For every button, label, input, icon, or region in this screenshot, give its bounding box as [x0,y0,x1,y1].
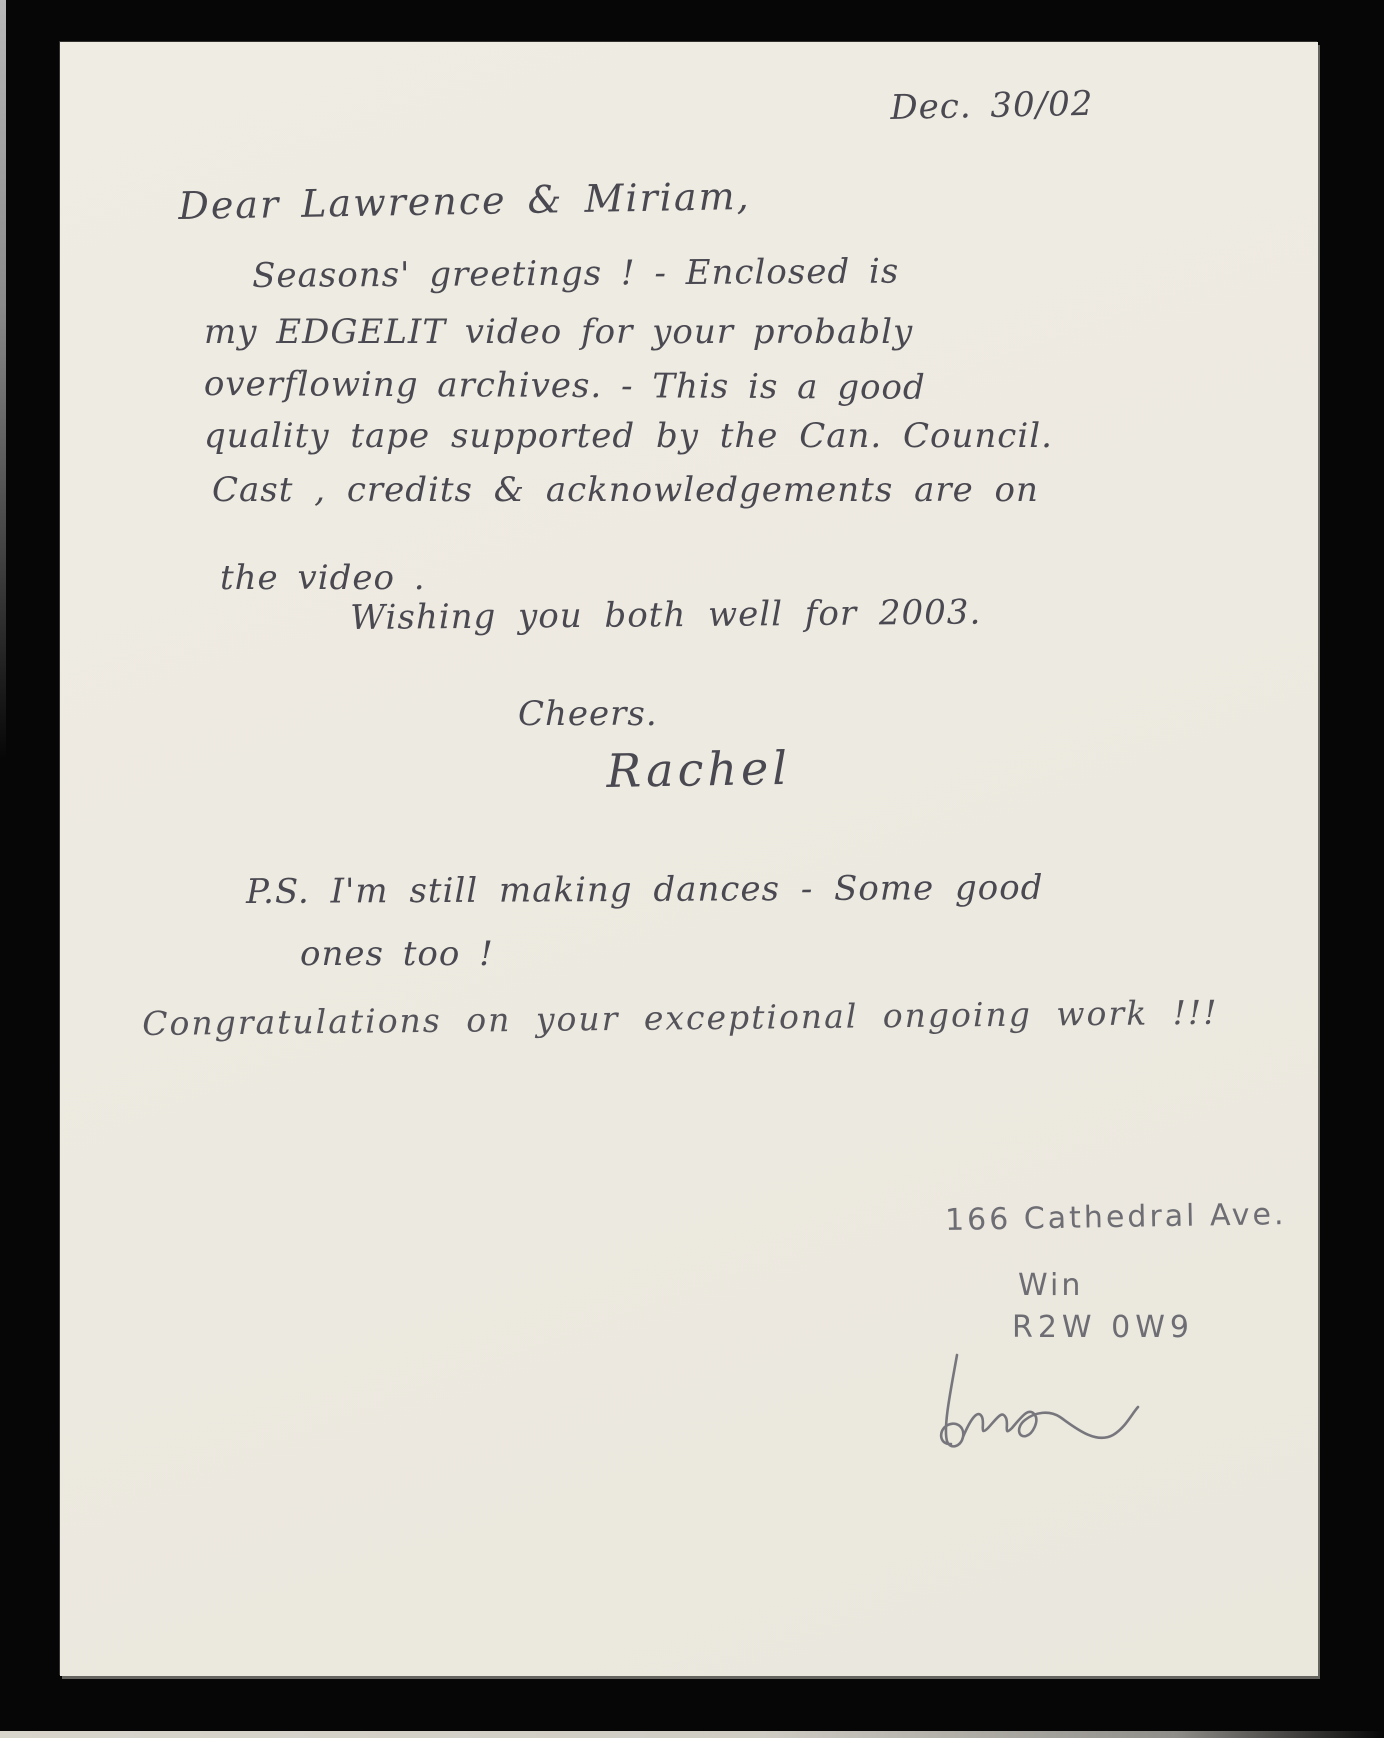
body-line-2: my EDGELIT video for your probably [204,312,913,352]
body-line-3: overflowing archives. - This is a good [204,364,926,408]
body-line-6: the video . [220,558,426,598]
wishing-line: Wishing you both well for 2003. [350,592,981,638]
letter-paper: Dec. 30/02 Dear Lawrence & Miriam, Seaso… [60,42,1318,1676]
signature-name: Rachel [606,741,791,798]
signature-scribble [895,1347,1165,1477]
congratulations-line: Congratulations on your exceptional ongo… [142,993,1219,1043]
scan-edge-artifact-left [0,0,6,760]
address-line-1: 166 Cathedral Ave. [945,1197,1287,1238]
scan-edge-artifact-bottom [0,1731,1384,1738]
ps-line-2: ones too ! [300,934,494,974]
body-line-4: quality tape supported by the Can. Counc… [204,416,1053,456]
address-line-2: Win [1018,1268,1083,1303]
closing-line: Cheers. [518,694,658,734]
body-line-1: Seasons' greetings ! - Enclosed is [252,251,899,296]
salutation-line: Dear Lawrence & Miriam, [178,174,751,228]
body-line-5: Cast , credits & acknowledgements are on [212,470,1039,510]
address-line-3: R2W 0W9 [1012,1310,1194,1345]
ps-line-1: P.S. I'm still making dances - Some good [246,868,1044,912]
scanned-letter-page: Dec. 30/02 Dear Lawrence & Miriam, Seaso… [0,0,1384,1738]
date-line: Dec. 30/02 [890,84,1094,128]
